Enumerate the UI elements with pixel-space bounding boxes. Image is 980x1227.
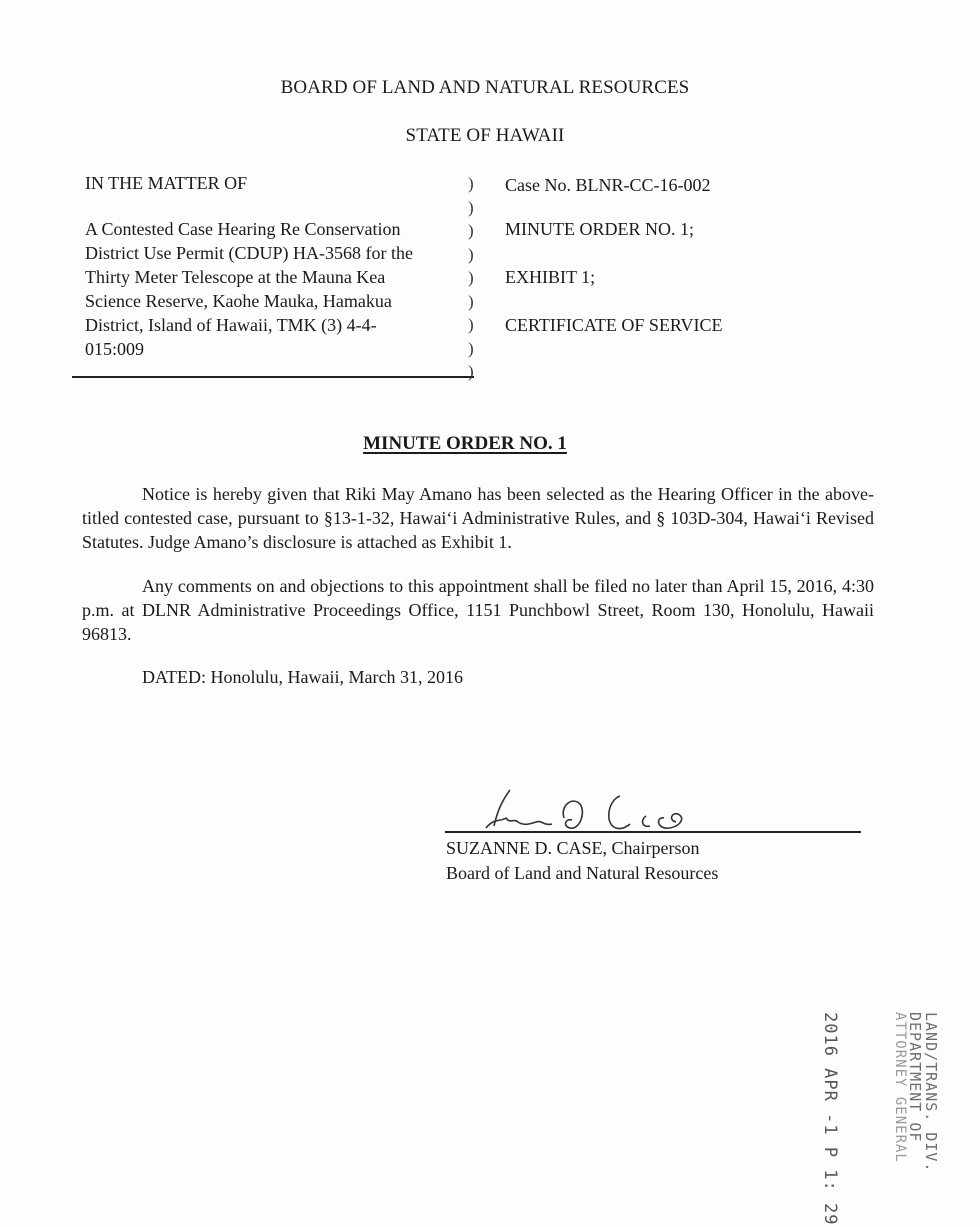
signer-name: SUZANNE D. CASE, Chairperson [446, 836, 718, 861]
caption-line: 015:009 [85, 337, 465, 361]
caption-line: Science Reserve, Kaohe Mauka, Hamakua [85, 289, 465, 313]
paren: ) [468, 313, 474, 337]
notice-paragraph: Notice is hereby given that Riki May Ama… [82, 482, 874, 554]
exhibit-label: EXHIBIT 1; [505, 267, 595, 288]
case-number: Case No. BLNR-CC-16-002 [505, 175, 711, 196]
caption-line: Thirty Meter Telescope at the Mauna Kea [85, 265, 465, 289]
dated-line: DATED: Honolulu, Hawaii, March 31, 2016 [142, 667, 463, 688]
paren: ) [468, 266, 474, 290]
case-caption: IN THE MATTER OF A Contested Case Hearin… [85, 171, 465, 361]
signature-icon [480, 778, 740, 838]
caption-parentheses: ) ) ) ) ) ) ) ) ) [468, 172, 474, 384]
paren: ) [468, 219, 474, 243]
comments-paragraph: Any comments on and objections to this a… [82, 574, 874, 646]
state-heading: STATE OF HAWAII [0, 125, 975, 147]
paren: ) [468, 172, 474, 196]
caption-underline [72, 376, 474, 378]
stamp-date: 2016 APR -1 P 1: 29 [820, 1012, 840, 1225]
stamp-line: LAND/TRANS. DIV. [922, 1012, 940, 1173]
in-the-matter-of: IN THE MATTER OF [85, 171, 465, 195]
stamp-line: ATTORNEY GENERAL [892, 1012, 908, 1163]
stamp-line: DEPARTMENT OF [906, 1012, 924, 1142]
paren: ) [468, 196, 474, 220]
notice-text: Notice is hereby given that Riki May Ama… [82, 482, 874, 554]
received-stamp: LAND/TRANS. DIV. DEPARTMENT OF ATTORNEY … [812, 1012, 942, 1222]
minute-order-label: MINUTE ORDER NO. 1; [505, 219, 694, 240]
signature-line [445, 831, 861, 833]
signer-organization: Board of Land and Natural Resources [446, 861, 718, 886]
paren: ) [468, 243, 474, 267]
certificate-label: CERTIFICATE OF SERVICE [505, 315, 723, 336]
document-page: BOARD OF LAND AND NATURAL RESOURCES STAT… [0, 0, 980, 1227]
caption-line: District, Island of Hawaii, TMK (3) 4-4- [85, 313, 465, 337]
document-title: MINUTE ORDER NO. 1 [0, 433, 930, 455]
paren: ) [468, 337, 474, 361]
caption-line: A Contested Case Hearing Re Conservation [85, 217, 465, 241]
paren: ) [468, 360, 474, 384]
comments-text: Any comments on and objections to this a… [82, 574, 874, 646]
agency-heading: BOARD OF LAND AND NATURAL RESOURCES [0, 77, 975, 99]
caption-line: District Use Permit (CDUP) HA-3568 for t… [85, 241, 465, 265]
paren: ) [468, 290, 474, 314]
signer-block: SUZANNE D. CASE, Chairperson Board of La… [446, 836, 718, 886]
